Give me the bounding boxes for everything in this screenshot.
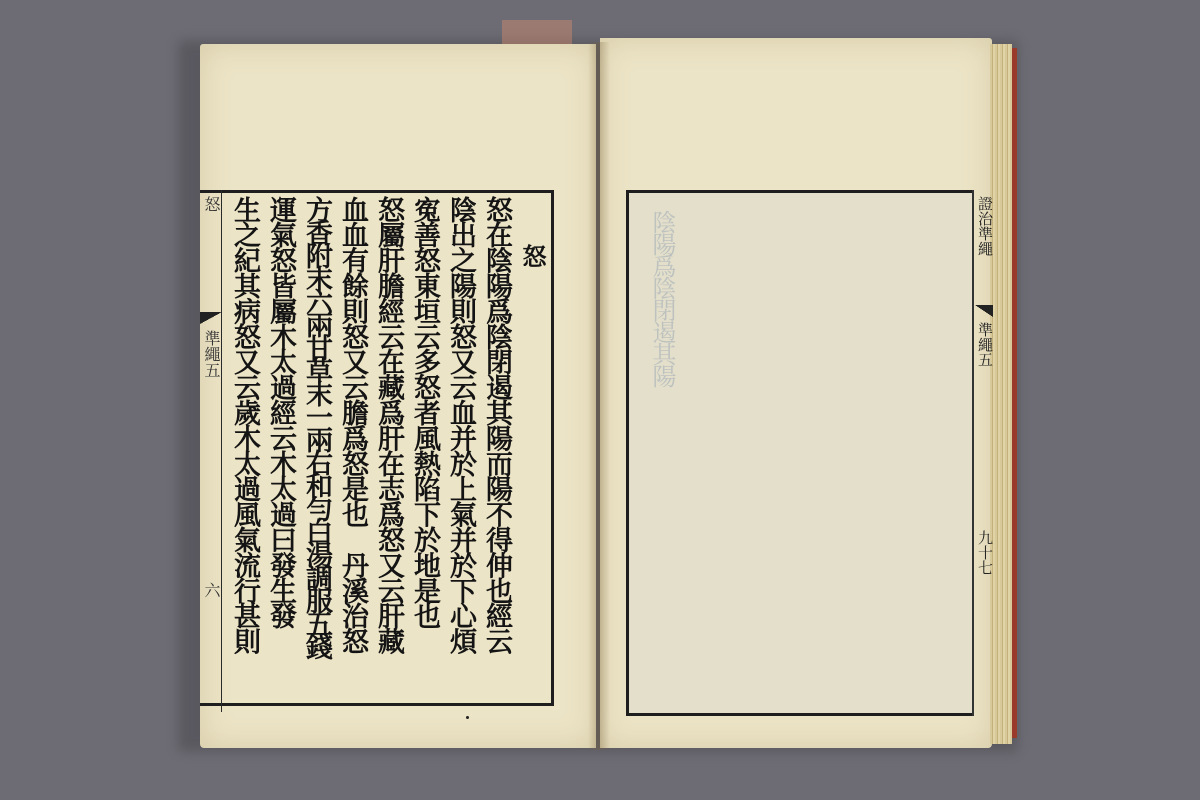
- right-margin-title: 證治準繩: [975, 196, 995, 256]
- section-heading: 怒: [514, 196, 550, 702]
- text-column: 寃善怒東垣云多怒者風熱陷下於地是也: [406, 196, 442, 702]
- right-frame-line: [972, 190, 974, 716]
- text-column: 生之紀其病怒又云歲木太過風氣流行甚則: [226, 196, 262, 702]
- text-column: 運氣怒皆屬木太過經云木太過曰發生發: [262, 196, 298, 702]
- text-column: 血血有餘則怒又云膽爲怒是也 丹溪治怒: [334, 196, 370, 702]
- margin-page-number: 六: [200, 582, 222, 598]
- text-columns: 怒 怒在陰陽爲陰閉遏其陽而陽不得伸也經云 陰出之陽則怒又云血并於上氣并於下心煩 …: [222, 196, 550, 702]
- right-margin-page-number: 九十七: [975, 530, 995, 575]
- right-margin-volume: 準繩五: [975, 322, 995, 367]
- text-column: 方香附末六兩甘草末一兩右和勻白湯調服五錢: [298, 196, 334, 702]
- center-margin-strip: [200, 190, 222, 706]
- fore-edge: [990, 44, 1012, 744]
- margin-volume: 準繩五: [200, 330, 222, 378]
- show-through-text: 陰陽爲陰閉遏其陽: [648, 210, 676, 386]
- fish-tail-mark: [200, 312, 222, 324]
- text-column: 怒屬肝膽經云在藏爲肝在志爲怒又云肝藏: [370, 196, 406, 702]
- text-frame-right: [626, 190, 974, 716]
- right-fish-tail-mark: [975, 305, 993, 317]
- book-gutter: [588, 42, 610, 750]
- ink-dot: [466, 716, 469, 719]
- text-column: 陰出之陽則怒又云血并於上氣并於下心煩: [442, 196, 478, 702]
- fore-edge-red: [1012, 48, 1017, 738]
- margin-title: 怒: [200, 196, 222, 212]
- text-column: 怒在陰陽爲陰閉遏其陽而陽不得伸也經云: [478, 196, 514, 702]
